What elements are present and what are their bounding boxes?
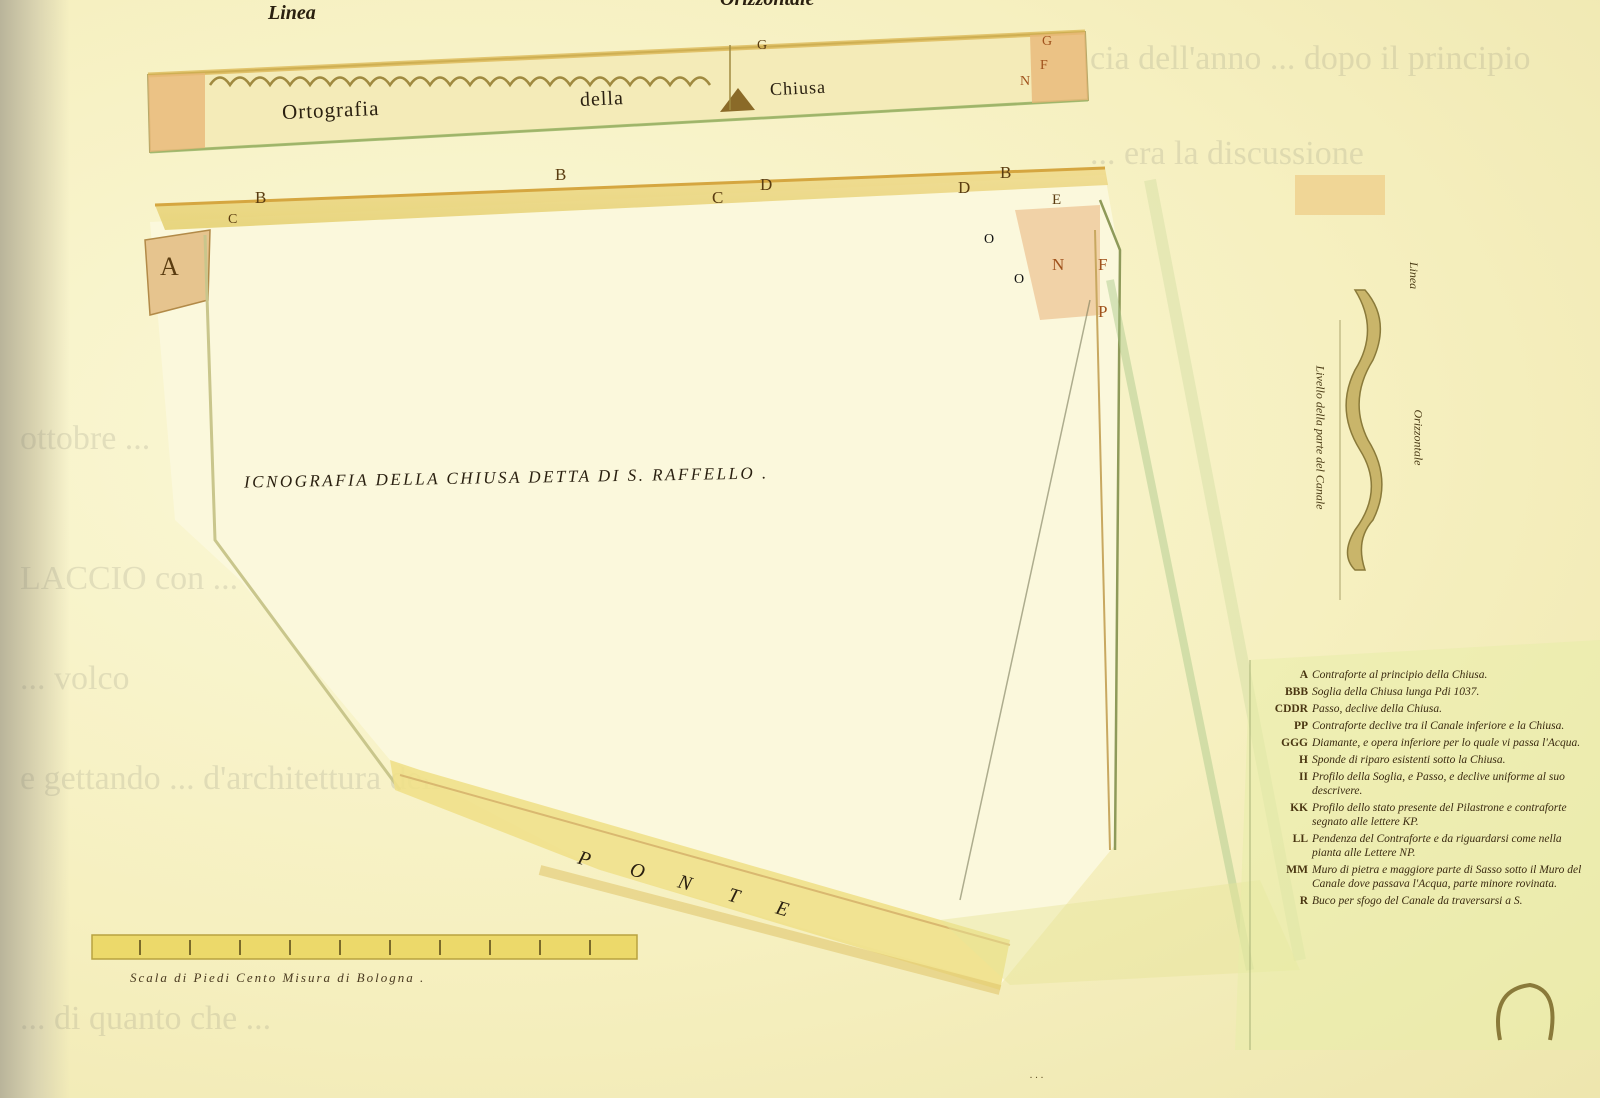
legend: AContraforte al principio della Chiusa. … [1262, 668, 1590, 911]
point-A: A [160, 252, 179, 282]
point-P: P [1098, 302, 1107, 322]
point-F-right: F [1040, 58, 1048, 74]
ortografia-word-3: Chiusa [770, 77, 827, 100]
point-N: N [1052, 255, 1064, 275]
point-D-1: D [760, 175, 772, 195]
ortografia-word-2: della [580, 87, 625, 112]
point-F: F [1098, 255, 1107, 275]
point-O-1: O [984, 232, 994, 248]
scale-bar [92, 935, 637, 959]
legend-row: MMMuro di pietra e maggiore parte di Sas… [1262, 863, 1590, 891]
chiusa-plan [145, 168, 1300, 990]
legend-row: PPContraforte declive tra il Canale infe… [1262, 719, 1590, 733]
legend-row: IIProfilo della Soglia, e Passo, e decli… [1262, 770, 1590, 798]
point-D-2: D [958, 178, 970, 198]
legend-row: GGGDiamante, e opera inferiore per lo qu… [1262, 736, 1590, 750]
point-B-2: B [555, 165, 566, 185]
vertical-section-top-label: Linea [1406, 262, 1421, 289]
orizzontale-label: Orizzontale [720, 0, 814, 11]
legend-row: LLPendenza del Contraforte e da riguarda… [1262, 832, 1590, 860]
ortografia-word-1: Ortografia [282, 96, 380, 125]
point-N-right: N [1020, 74, 1030, 90]
point-E: E [1052, 192, 1061, 209]
legend-row: RBuco per sfogo del Canale da traversars… [1262, 894, 1590, 908]
point-B-3: B [1000, 163, 1011, 183]
legend-row: BBBSoglia della Chiusa lunga Pdi 1037. [1262, 685, 1590, 699]
linea-label: Linea [268, 2, 316, 25]
point-G-elevation: G [757, 38, 767, 54]
legend-row: KKProfilo dello stato presente del Pilas… [1262, 801, 1590, 829]
legend-row: HSponde di riparo esistenti sotto la Chi… [1262, 753, 1590, 767]
point-O-2: O [1014, 272, 1024, 288]
point-G-right: G [1042, 34, 1052, 50]
signature: ... [1030, 1070, 1047, 1081]
point-C-1: C [228, 212, 237, 228]
scale-caption: Scala di Piedi Cento Misura di Bologna . [130, 970, 425, 986]
point-B-1: B [255, 188, 266, 208]
map-drawing [0, 0, 1600, 1098]
legend-row: AContraforte al principio della Chiusa. [1262, 668, 1590, 682]
point-C-2: C [712, 188, 723, 208]
vertical-section-right-label: Orizzontale [1411, 409, 1426, 465]
legend-row: CDDRPasso, declive della Chiusa. [1262, 702, 1590, 716]
vertical-section-left-label: Livello della parte del Canale [1312, 366, 1327, 510]
vertical-section-profile [1295, 175, 1385, 600]
